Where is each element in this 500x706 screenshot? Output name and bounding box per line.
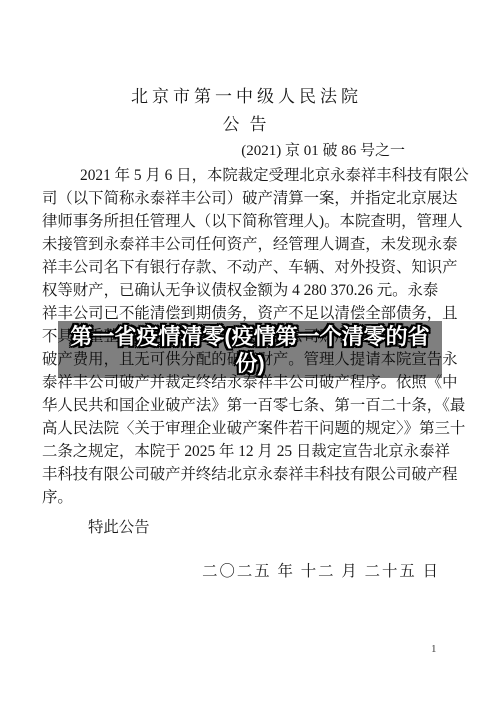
body-line: 二条之规定，本院于 2025 年 12 月 25 日裁定宣告北京永泰祥 [42,440,447,463]
body-line: 律师事务所担任管理人（以下简称管理人)。本院查明，管理人 [42,210,447,233]
headline-line-2: 份) [70,350,429,377]
body-line: 2021 年 5 月 6 日，本院裁定受理北京永泰祥丰科技有限公 [42,164,447,187]
body-line: 丰科技有限公司破产并终结北京永泰祥丰科技有限公司破产程 [42,463,447,486]
court-title: 北京市第一中级人民法院 [42,86,447,108]
body-line: 未接管到永泰祥丰公司任何资产，经管理人调查，未发现永泰 [42,233,447,256]
document-page: 北京市第一中级人民法院 公告 (2021) 京 01 破 86 号之一 2021… [0,0,500,706]
body-line: 高人民法院〈关于审理企业破产案件若干问题的规定〉》第三十 [42,417,447,440]
page-number: 1 [431,643,437,656]
headline-text: 第一省疫情清零(疫情第一个清零的省 份) [70,323,429,377]
body-line: 华人民共和国企业破产法》第一百零七条、第一百二十条，《最 [42,394,447,417]
headline-line-1: 第一省疫情清零(疫情第一个清零的省 [70,323,429,350]
body-line: 司（以下简称永泰祥丰公司）破产清算一案，并指定北京展达 [42,187,447,210]
announcement-document: 北京市第一中级人民法院 公告 (2021) 京 01 破 86 号之一 2021… [0,0,500,583]
case-number: (2021) 京 01 破 86 号之一 [42,140,447,162]
announcement-date: 二〇二五 年 十二 月 二十五 日 [42,560,447,583]
headline-overlay: 第一省疫情清零(疫情第一个清零的省 份) [58,321,442,378]
announcement-title: 公告 [42,112,447,138]
closing-line: 特此公告 [42,516,447,539]
body-line: 权等财产，已确认无争议债权金额为 4 280 370.26 元。永泰 [42,279,447,302]
body-line: 序。 [42,486,447,509]
body-line: 祥丰公司名下有银行存款、不动产、车辆、对外投资、知识产 [42,256,447,279]
